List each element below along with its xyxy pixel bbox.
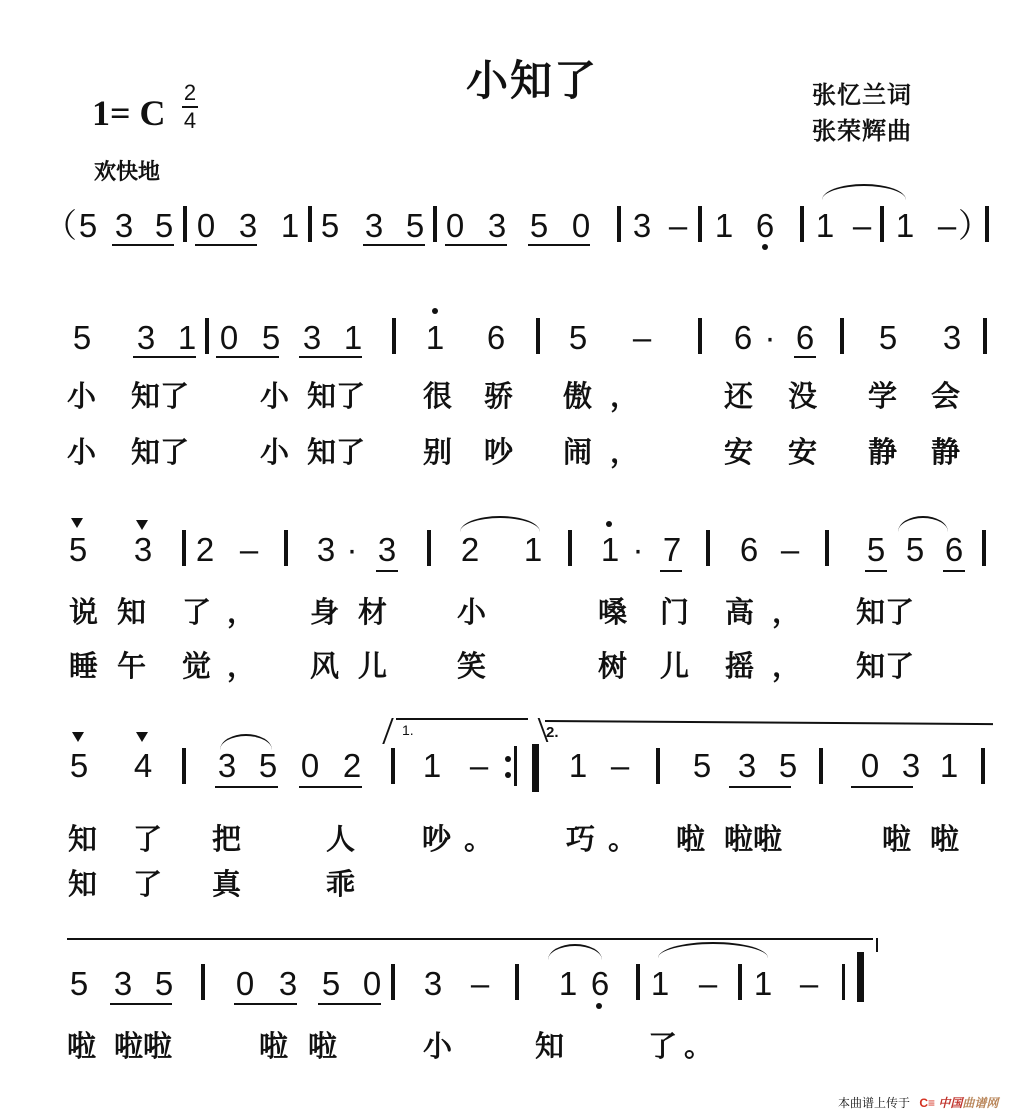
lyric: 儿: [660, 650, 689, 684]
note: ）: [958, 206, 982, 246]
underline: [363, 244, 425, 246]
note: 5: [403, 206, 427, 246]
staccato-mark: [72, 732, 84, 742]
time-signature: 2 4: [180, 82, 200, 132]
lyric: 还: [724, 380, 753, 414]
barline: [985, 206, 989, 242]
barline: [284, 530, 288, 566]
note: 6: [484, 318, 508, 358]
lyric: 风: [310, 650, 339, 684]
lyric: 小: [260, 436, 289, 470]
note: –: [696, 964, 720, 1004]
slur: [220, 734, 272, 750]
note: （: [44, 206, 68, 246]
note: 5: [527, 206, 551, 246]
lyric: 学: [868, 380, 897, 414]
barline: [842, 964, 845, 1000]
note: 1: [648, 964, 672, 1004]
note: 1: [278, 206, 302, 246]
lyricist-credit: 张忆兰词: [812, 80, 912, 112]
barline: [800, 206, 804, 242]
note: 5: [566, 318, 590, 358]
underline: [528, 244, 590, 246]
lyric: ，: [227, 596, 256, 630]
note: 6: [731, 318, 755, 358]
lyric: 知了: [856, 650, 914, 684]
note: 1: [341, 318, 365, 358]
barline: [568, 530, 572, 566]
volta-1-label: 1.: [402, 722, 414, 738]
staccato-mark: [136, 520, 148, 530]
note: 4: [131, 746, 155, 786]
lyric: 笑: [457, 650, 486, 684]
lyric: 啦: [259, 1030, 288, 1064]
note: 5: [152, 964, 176, 1004]
lyric: 安: [788, 436, 817, 470]
underline: [851, 786, 913, 788]
lyric: 真: [212, 868, 241, 902]
lyric: 吵: [422, 823, 451, 857]
barline: [391, 964, 395, 1000]
note: 0: [569, 206, 593, 246]
barline: [656, 748, 660, 784]
lyric: 没: [788, 380, 817, 414]
note: 5: [70, 318, 94, 358]
lyric: 啦: [676, 823, 705, 857]
lyric: 知: [68, 868, 97, 902]
note: 3: [111, 964, 135, 1004]
note: 3: [134, 318, 158, 358]
lyric: 啦: [882, 823, 911, 857]
underline: [729, 786, 791, 788]
high-octave-dot: [432, 308, 438, 314]
lyric: 摇: [725, 650, 754, 684]
note: 2: [340, 746, 364, 786]
note: ·: [758, 318, 782, 358]
volta-end-hook: [872, 938, 878, 952]
lyric: 了: [648, 1030, 677, 1064]
lyric: 高: [725, 596, 754, 630]
high-octave-dot: [606, 521, 612, 527]
note: –: [237, 530, 261, 570]
barline: [698, 318, 702, 354]
barline: [981, 748, 985, 784]
barline: [825, 530, 829, 566]
lyric: 。: [608, 823, 637, 857]
lyric: 身: [310, 596, 339, 630]
low-octave-dot: [762, 244, 768, 250]
lyric: 知了: [307, 436, 365, 470]
lyric: 觉: [182, 650, 211, 684]
note: 6: [793, 318, 817, 358]
barline: [427, 530, 431, 566]
underline: [794, 356, 816, 358]
barline: [982, 530, 986, 566]
note: 3: [899, 746, 923, 786]
note: 1: [423, 318, 447, 358]
note: 5: [876, 318, 900, 358]
note: 3: [131, 530, 155, 570]
note: 3: [300, 318, 324, 358]
underline: [234, 1003, 297, 1005]
note: 1: [751, 964, 775, 1004]
barline: [536, 318, 540, 354]
lyric: 啦啦: [724, 823, 782, 857]
note: 5: [67, 964, 91, 1004]
barline: [391, 748, 395, 784]
note: 6: [737, 530, 761, 570]
lyric: 门: [660, 596, 689, 630]
barline: [840, 318, 844, 354]
song-title: 小知了: [466, 48, 598, 108]
note: 3: [735, 746, 759, 786]
underline: [445, 244, 507, 246]
note: 5: [318, 206, 342, 246]
lyric: 很: [423, 380, 452, 414]
underline: [215, 786, 278, 788]
note: 1: [937, 746, 961, 786]
note: –: [608, 746, 632, 786]
lyric: 乖: [326, 868, 355, 902]
lyric: 别: [423, 436, 452, 470]
barline: [433, 206, 437, 242]
repeat-dot: [505, 756, 511, 762]
lyric: ，: [772, 596, 801, 630]
note: 0: [233, 964, 257, 1004]
note: 7: [660, 530, 684, 570]
barline-thick: [857, 952, 864, 1002]
note: 5: [66, 530, 90, 570]
note: 0: [298, 746, 322, 786]
lyric: ，: [610, 380, 639, 414]
lyric: 知: [117, 596, 146, 630]
barline: [183, 206, 187, 242]
note: 0: [858, 746, 882, 786]
note: 1: [712, 206, 736, 246]
lyric: 会: [931, 380, 960, 414]
note: 3: [485, 206, 509, 246]
lyric: 了: [133, 868, 162, 902]
note: 1: [566, 746, 590, 786]
barline: [706, 530, 710, 566]
lyric: 小: [457, 596, 486, 630]
note: 2: [193, 530, 217, 570]
barline: [205, 318, 209, 354]
site-name-a: 中国: [938, 1096, 962, 1110]
lyric: 啦啦: [114, 1030, 172, 1064]
note: 5: [864, 530, 888, 570]
note: 1: [420, 746, 444, 786]
barline: [819, 748, 823, 784]
note: 3: [314, 530, 338, 570]
slur: [548, 944, 602, 960]
note: 1: [598, 530, 622, 570]
lyric: 安: [724, 436, 753, 470]
time-signature-bottom: 4: [180, 110, 200, 132]
underline: [195, 244, 257, 246]
barline: [636, 964, 640, 1000]
barline: [201, 964, 205, 1000]
note: 5: [152, 206, 176, 246]
note: 6: [588, 964, 612, 1004]
note: 5: [67, 746, 91, 786]
note: –: [935, 206, 959, 246]
note: 2: [458, 530, 482, 570]
note: –: [468, 964, 492, 1004]
lyric: 知了: [307, 380, 365, 414]
underline: [216, 356, 279, 358]
note: 0: [217, 318, 241, 358]
note: 3: [276, 964, 300, 1004]
note: 5: [319, 964, 343, 1004]
barline: [514, 746, 517, 786]
underline: [299, 786, 362, 788]
barline: [182, 530, 186, 566]
lyric: 了: [182, 596, 211, 630]
tie: [822, 184, 906, 200]
note: 0: [194, 206, 218, 246]
lyric: 小: [67, 436, 96, 470]
note: –: [467, 746, 491, 786]
lyric: 儿: [358, 650, 387, 684]
low-octave-dot: [596, 1003, 602, 1009]
lyric: 树: [598, 650, 627, 684]
note: 1: [893, 206, 917, 246]
site-logo-icon: C≡: [919, 1096, 935, 1110]
lyric: 人: [326, 823, 355, 857]
underline: [660, 570, 682, 572]
barline: [617, 206, 621, 242]
note: 5: [259, 318, 283, 358]
note: ·: [626, 530, 650, 570]
barline: [738, 964, 742, 1000]
lyric: 小: [423, 1030, 452, 1064]
lyric: 材: [358, 596, 387, 630]
tie: [658, 942, 768, 958]
lyric: 午: [117, 650, 146, 684]
note: 5: [690, 746, 714, 786]
lyric: 啦: [67, 1030, 96, 1064]
underline: [299, 356, 362, 358]
note: –: [630, 318, 654, 358]
note: 3: [112, 206, 136, 246]
note: 1: [813, 206, 837, 246]
barline-thick: [532, 744, 539, 792]
note: –: [666, 206, 690, 246]
note: 3: [362, 206, 386, 246]
barline: [392, 318, 396, 354]
lyric: 傲: [563, 380, 592, 414]
composer-credit: 张荣辉曲: [812, 116, 912, 148]
repeat-dot: [505, 772, 511, 778]
barline: [880, 206, 884, 242]
lyric: 闹: [563, 436, 592, 470]
watermark-text: 本曲谱上传于: [838, 1096, 910, 1110]
lyric: 小: [260, 380, 289, 414]
lyric: 。: [464, 823, 493, 857]
lyric: 巧: [566, 823, 595, 857]
note: 5: [776, 746, 800, 786]
underline: [133, 356, 196, 358]
staccato-mark: [71, 518, 83, 528]
staccato-mark: [136, 732, 148, 742]
site-name-b: 曲谱网: [962, 1096, 998, 1110]
lyric: 说: [69, 596, 98, 630]
note: 0: [443, 206, 467, 246]
note: 3: [236, 206, 260, 246]
note: 0: [360, 964, 384, 1004]
barline: [983, 318, 987, 354]
underline: [376, 570, 398, 572]
lyric: ，: [772, 650, 801, 684]
note: –: [850, 206, 874, 246]
note: 1: [556, 964, 580, 1004]
note: 6: [942, 530, 966, 570]
note: 3: [215, 746, 239, 786]
underline: [865, 570, 887, 572]
tempo-marking: 欢快地: [94, 155, 160, 186]
note: –: [797, 964, 821, 1004]
volta-bracket-2: [545, 720, 993, 725]
lyric: 骄: [484, 380, 513, 414]
note: 5: [76, 206, 100, 246]
lyric: 吵: [484, 436, 513, 470]
note: 1: [521, 530, 545, 570]
lyric: 知了: [131, 380, 189, 414]
note: –: [778, 530, 802, 570]
underline: [318, 1003, 381, 1005]
volta-2-label: 2.: [546, 724, 559, 741]
lyric: 把: [212, 823, 241, 857]
volta-bracket-2-continued: [67, 938, 873, 940]
lyric: ，: [227, 650, 256, 684]
key-signature: 1= C: [92, 92, 166, 134]
slur: [898, 516, 948, 532]
underline: [943, 570, 965, 572]
time-signature-top: 2: [180, 82, 200, 104]
lyric: 啦: [308, 1030, 337, 1064]
lyric: 知了: [856, 596, 914, 630]
note: 5: [256, 746, 280, 786]
note: 6: [753, 206, 777, 246]
lyric: 睡: [69, 650, 98, 684]
lyric: ，: [610, 436, 639, 470]
lyric: 知: [535, 1030, 564, 1064]
watermark: 本曲谱上传于 C≡ 中国曲谱网: [838, 1094, 998, 1111]
note: 3: [421, 964, 445, 1004]
slur: [460, 516, 540, 532]
lyric: 静: [868, 436, 897, 470]
barline: [515, 964, 519, 1000]
lyric: 小: [67, 380, 96, 414]
lyric: 啦: [930, 823, 959, 857]
underline: [112, 244, 174, 246]
note: 1: [175, 318, 199, 358]
note: 3: [630, 206, 654, 246]
underline: [110, 1003, 172, 1005]
lyric: 嗓: [598, 596, 627, 630]
note: 3: [375, 530, 399, 570]
lyric: 知了: [131, 436, 189, 470]
note: 3: [940, 318, 964, 358]
note: 5: [903, 530, 927, 570]
barline: [182, 748, 186, 784]
note: ·: [340, 530, 364, 570]
lyric: 。: [684, 1030, 713, 1064]
lyric: 知: [68, 823, 97, 857]
lyric: 了: [133, 823, 162, 857]
lyric: 静: [931, 436, 960, 470]
barline: [698, 206, 702, 242]
volta-bracket-1: [396, 718, 528, 720]
barline: [308, 206, 312, 242]
